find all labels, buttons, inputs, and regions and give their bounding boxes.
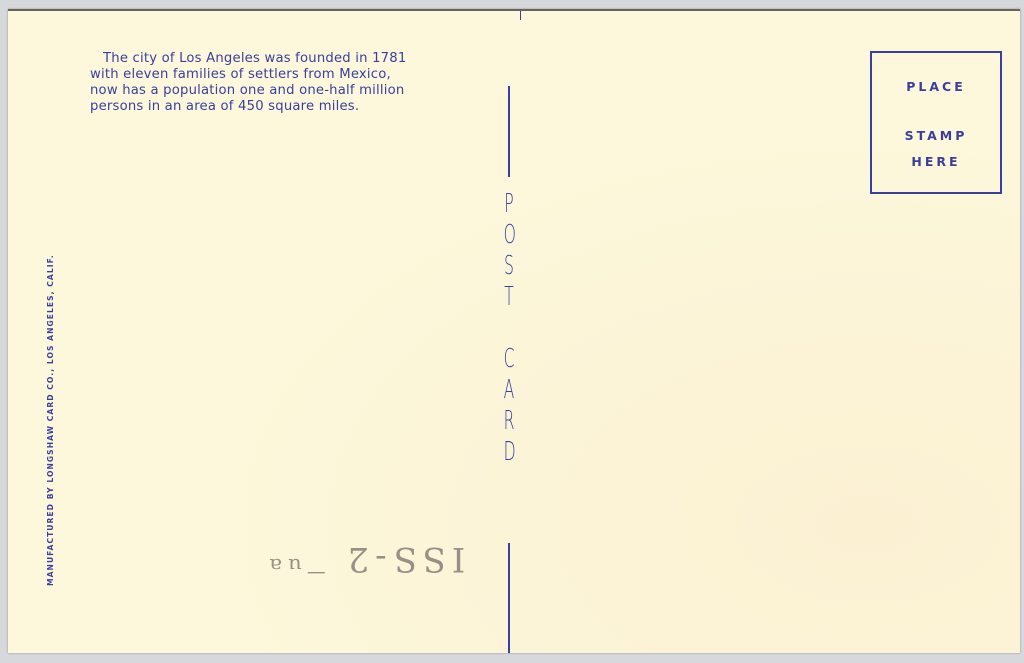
postcard-label: P O S T C A R D: [504, 189, 515, 468]
label-letter: C: [504, 344, 515, 375]
postcard-back: The city of Los Angeles was founded in 1…: [8, 9, 1020, 653]
label-gap: [504, 313, 515, 344]
center-divider-top: [508, 86, 510, 177]
label-letter: O: [504, 220, 515, 251]
description-line: with eleven families of settlers from Me…: [90, 67, 510, 83]
label-letter: R: [504, 406, 515, 437]
description-line: persons in an area of 450 square miles.: [90, 99, 510, 115]
description-line: The city of Los Angeles was founded in 1…: [90, 51, 510, 67]
stamp-box: PLACE STAMP HERE: [870, 51, 1002, 194]
label-letter: A: [504, 375, 515, 406]
stamp-text-stamp: STAMP: [872, 128, 1000, 143]
city-description: The city of Los Angeles was founded in 1…: [90, 51, 510, 115]
manufacturer-credit: MANUFACTURED BY LONGSHAW CARD CO., LOS A…: [46, 116, 55, 586]
description-line: now has a population one and one-half mi…: [90, 83, 510, 99]
handwritten-pencil-note: ISS-2 ‾ᵘᵃ: [263, 539, 465, 579]
label-letter: P: [504, 189, 515, 220]
label-letter: S: [504, 251, 515, 282]
center-divider-bottom: [508, 543, 510, 653]
top-divider-tick: [520, 11, 521, 20]
label-letter: T: [504, 282, 515, 313]
label-letter: D: [504, 437, 515, 468]
stamp-text-here: HERE: [872, 154, 1000, 169]
stamp-text-place: PLACE: [872, 79, 1000, 94]
